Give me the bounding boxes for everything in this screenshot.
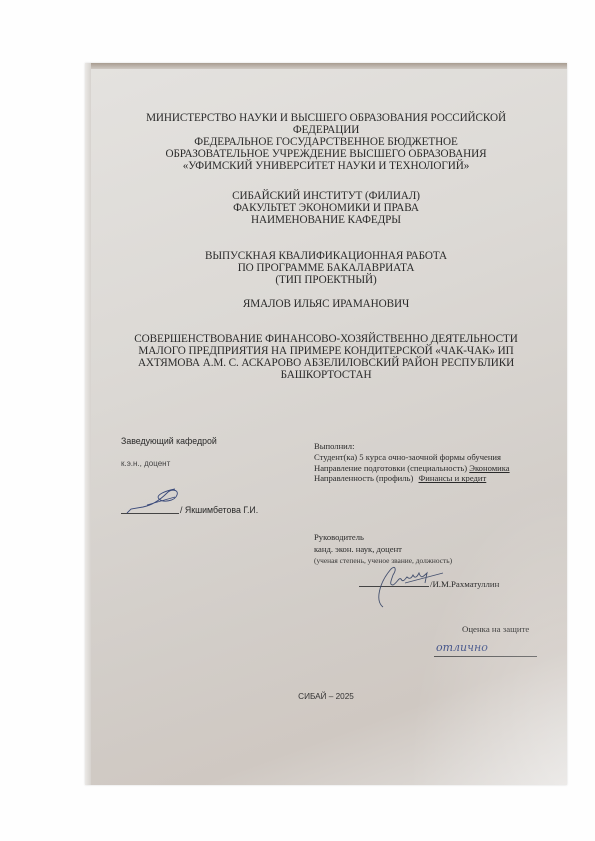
supervisor-name: /И.М.Рахматуллин [430,579,499,589]
institute-name: СИБАЙСКИЙ ИНСТИТУТ (ФИЛИАЛ) [85,190,567,202]
direction-label: Направление подготовки (специальность) [314,463,467,473]
department-name: НАИМЕНОВАНИЕ КАФЕДРЫ [85,214,567,226]
direction-value: Экономика [469,463,509,473]
work-type-line-1: ВЫПУСКНАЯ КВАЛИФИКАЦИОННАЯ РАБОТА [85,250,567,262]
profile-row: Направленность (профиль) Финансы и креди… [314,473,510,484]
title-line-4: БАШКОРТОСТАН [85,369,567,381]
document-page: МИНИСТЕРСТВО НАУКИ И ВЫСШЕГО ОБРАЗОВАНИЯ… [85,63,567,785]
student-info: Студент(ка) 5 курса очно-заочной формы о… [314,452,510,463]
supervisor-signature-icon [365,561,445,611]
direction-row: Направление подготовки (специальность) Э… [314,463,510,474]
profile-value: Финансы и кредит [418,473,486,483]
grade-line [434,656,537,657]
ministry-line-2: ФЕДЕРАЦИИ [85,124,567,136]
head-of-department-name: / Якшимбетова Г.И. [180,505,258,515]
profile-label: Направленность (профиль) [314,473,413,483]
institution-line-2: ОБРАЗОВАТЕЛЬНОЕ УЧРЕЖДЕНИЕ ВЫСШЕГО ОБРАЗ… [85,148,567,160]
work-type-line-2: ПО ПРОГРАММЕ БАКАЛАВРИАТА [85,262,567,274]
title-line-3: АХТЯМОВА А.М. С. АСКАРОВО АБЗЕЛИЛОВСКИЙ … [85,357,567,369]
grade-value: отлично [436,641,488,654]
head-signature-icon [125,485,185,515]
performer-label: Выполнил: [314,441,510,452]
institution-line-3: «УФИМСКИЙ УНИВЕРСИТЕТ НАУКИ И ТЕХНОЛОГИЙ… [85,160,567,172]
title-line-1: СОВЕРШЕНСТВОВАНИЕ ФИНАНСОВО-ХОЗЯЙСТВЕННО… [85,333,567,345]
grade-label: Оценка на защите [462,624,529,634]
work-type-line-3: (ТИП ПРОЕКТНЫЙ) [85,274,567,286]
performer-block: Выполнил: Студент(ка) 5 курса очно-заочн… [314,441,510,484]
ministry-line-1: МИНИСТЕРСТВО НАУКИ И ВЫСШЕГО ОБРАЗОВАНИЯ… [85,112,567,124]
footer-city-year: СИБАЙ – 2025 [85,692,567,701]
supervisor-degree: канд. экон. наук, доцент [314,544,402,554]
institution-line-1: ФЕДЕРАЛЬНОЕ ГОСУДАРСТВЕННОЕ БЮДЖЕТНОЕ [85,136,567,148]
head-of-department-label: Заведующий кафедрой [121,436,217,446]
head-of-department-degree: к.э.н., доцент [121,459,170,468]
faculty-name: ФАКУЛЬТЕТ ЭКОНОМИКИ И ПРАВА [85,202,567,214]
title-line-2: МАЛОГО ПРЕДПРИЯТИЯ НА ПРИМЕРЕ КОНДИТЕРСК… [85,345,567,357]
supervisor-label: Руководитель [314,532,364,542]
author-name: ЯМАЛОВ ИЛЬЯС ИРАМАНОВИЧ [85,298,567,310]
